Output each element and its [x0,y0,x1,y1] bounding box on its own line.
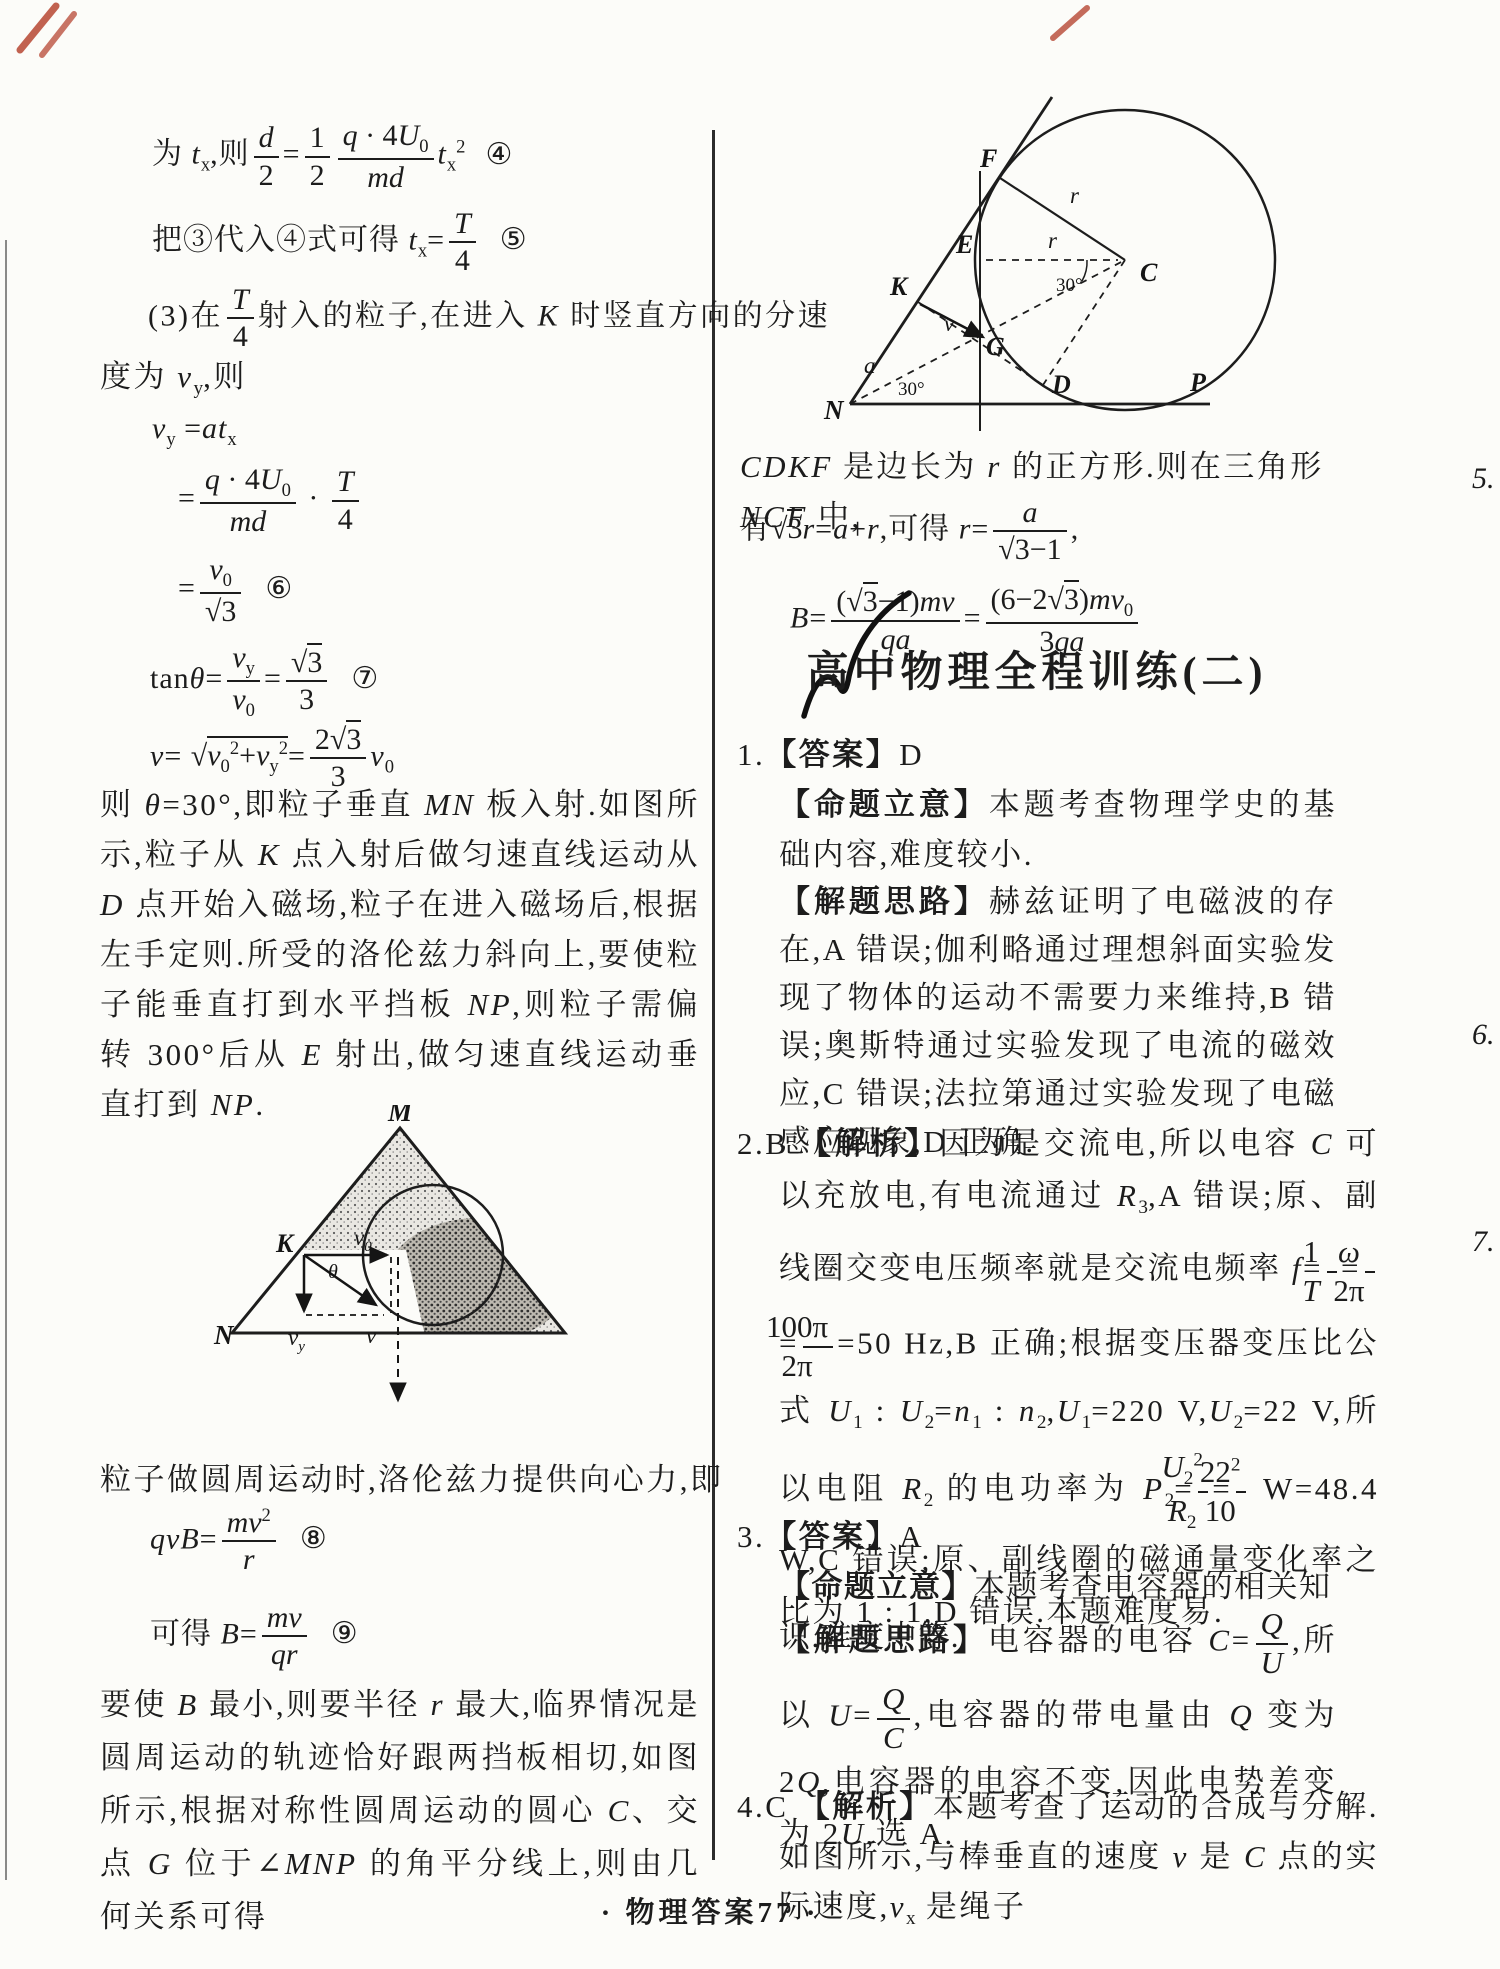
scan-left-edge-line [5,240,7,1880]
label-M: M [387,1105,413,1127]
label-30deg-N: 30° [898,379,925,400]
equation-vy: vy =atx [152,404,237,465]
figure-triangle-field: M N K v0 vy v θ [178,1105,608,1450]
label-v: v [366,1323,377,1348]
label-N: N [823,395,845,425]
part3-intro-line1: (3)在T4射入的粒子,在进入 K 时竖直方向的分速 [148,282,830,355]
red-pen-mark-topright [1045,0,1105,50]
label-theta: θ [328,1261,338,1283]
section-title: 高中物理全程训练(二) [737,648,1337,698]
label-K: K [275,1229,295,1258]
equation-4: 为 tx,则d2=12q · 4U0mdtx2④ [152,118,512,195]
label-N: N [213,1320,235,1350]
label-D: D [1051,370,1071,399]
equation-5: 把③代入④式可得 tx=T4⑤ [152,206,527,279]
edge-number-5: 5. [1472,462,1495,496]
answer-1: 1.【答案】D [737,730,1337,780]
answer-3: 3.【答案】A [737,1512,1337,1562]
equation-vy-step2: =q · 4U0md · T4 [178,462,363,539]
label-30deg-C: 30° [1056,275,1083,296]
red-pen-mark-topleft [12,0,92,60]
equation-8: qvB=mv2r⑧ [150,1505,327,1578]
edge-number-6: 6. [1472,1018,1495,1052]
label-r-FC: r [1070,183,1080,208]
angle-arc-C [1082,260,1087,281]
incline-NF [850,97,1052,404]
label-K: K [889,272,909,301]
paragraph-theta30: 则 θ=30°,即粒子垂直 MN 板入射.如图所示,粒子从 K 点入射后做匀速直… [100,780,700,1130]
label-G: G [986,332,1005,361]
edge-number-7: 7. [1472,1225,1495,1259]
equation-9: 可得 B=mvqr⑨ [150,1600,358,1673]
label-a: a [864,353,876,378]
answer-1-intent: 【命题立意】本题考查物理学史的基础内容,难度较小. [779,780,1337,880]
equation-r: 有√3r=a+r,可得 r=a√3−1, [740,495,1079,568]
scanned-answer-page: 为 tx,则d2=12q · 4U0mdtx2④ 把③代入④式可得 tx=T4⑤… [0,0,1500,1969]
equation-7: tanθ=vyv0=√33⑦ [150,640,378,722]
caption-circular-motion: 粒子做圆周运动时,洛伦兹力提供向心力,即 [100,1455,724,1505]
label-F: F [979,144,997,173]
page-footer: · 物理答案77 · [540,1888,880,1938]
radius-FC [1000,178,1125,260]
label-E: E [955,230,973,259]
equation-6: =v0√3⑥ [178,552,292,629]
label-C: C [1140,258,1158,287]
label-v: v [944,311,955,336]
column-divider [712,130,715,1860]
figure-circle-geometry: F r r E 30° C K a 30° v G D N P [740,85,1340,445]
label-r-EC: r [1048,228,1058,253]
label-P: P [1189,368,1207,397]
